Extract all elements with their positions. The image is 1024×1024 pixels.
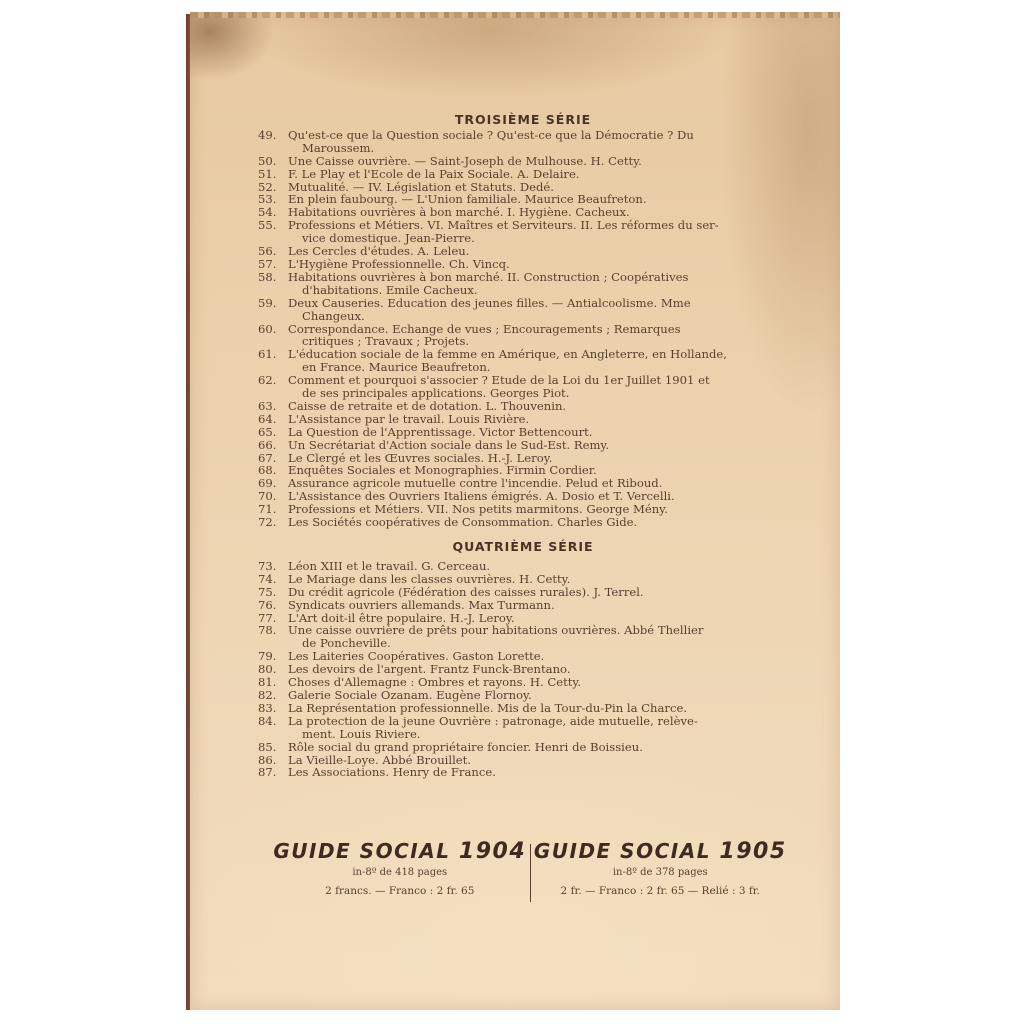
- entry-title: La protection de la jeune Ouvrière : pat…: [288, 714, 698, 728]
- entry-title: Habitations ouvrières à bon marché. II. …: [288, 270, 688, 284]
- entry-title: F. Le Play et l'Ecole de la Paix Sociale…: [288, 167, 580, 181]
- entry-title: Caisse de retraite et de dotation. L. Th…: [288, 399, 566, 413]
- entry-text: Professions et Métiers. VI. Maîtres et S…: [288, 219, 788, 245]
- series-heading-troisieme: TROISIÈME SÉRIE: [258, 114, 788, 127]
- entry-text: Une caisse ouvrière de prêts pour habita…: [288, 624, 788, 650]
- entry-number: 50.: [258, 155, 288, 168]
- entry-text: Les Associations. Henry de France.: [288, 766, 788, 779]
- entry-number: 84.: [258, 715, 288, 741]
- list-item: 87.Les Associations. Henry de France.: [258, 766, 788, 779]
- entry-text: Qu'est-ce que la Question sociale ? Qu'e…: [288, 129, 788, 155]
- entry-title: Un Secrétariat d'Action sociale dans le …: [288, 438, 609, 452]
- entry-title: Les Sociétés coopératives de Consommatio…: [288, 515, 637, 529]
- entry-title: La Vieille-Loye. Abbé Brouillet.: [288, 753, 471, 767]
- entry-title: Professions et Métiers. VII. Nos petits …: [288, 502, 668, 516]
- entry-number: 83.: [258, 702, 288, 715]
- entry-title: L'Art doit-il être populaire. H.-J. Lero…: [288, 611, 515, 625]
- entry-title: Le Mariage dans les classes ouvrières. H…: [288, 572, 570, 586]
- guide-social-1904: GUIDE SOCIAL 1904 in-8º de 418 pages 2 f…: [270, 838, 530, 908]
- entry-number: 59.: [258, 297, 288, 323]
- entry-number: 61.: [258, 348, 288, 374]
- list-item: 84.La protection de la jeune Ouvrière : …: [258, 715, 788, 741]
- series-list-troisieme: 49.Qu'est-ce que la Question sociale ? Q…: [258, 129, 788, 529]
- entry-title: Deux Causeries. Education des jeunes fil…: [288, 296, 691, 310]
- entry-title: L'Assistance par le travail. Louis Riviè…: [288, 412, 529, 426]
- guide-year: 1905: [719, 839, 786, 864]
- guide-title: GUIDE SOCIAL 1905: [531, 838, 791, 865]
- entry-title: Les Laiteries Coopératives. Gaston Loret…: [288, 649, 544, 663]
- entry-number: 57.: [258, 258, 288, 271]
- entry-title: Galerie Sociale Ozanam. Eugène Flornoy.: [288, 688, 532, 702]
- list-item: 55.Professions et Métiers. VI. Maîtres e…: [258, 219, 788, 245]
- entry-number: 78.: [258, 624, 288, 650]
- guide-price: 2 francs. — Franco : 2 fr. 65: [270, 881, 530, 901]
- list-item: 60.Correspondance. Echange de vues ; Enc…: [258, 323, 788, 349]
- entry-text: Habitations ouvrières à bon marché. II. …: [288, 271, 788, 297]
- entry-text: Comment et pourquoi s'associer ? Etude d…: [288, 374, 788, 400]
- entry-title: Les Associations. Henry de France.: [288, 765, 496, 779]
- entry-title: Comment et pourquoi s'associer ? Etude d…: [288, 373, 710, 387]
- entry-title: Habitations ouvrières à bon marché. I. H…: [288, 205, 630, 219]
- entry-text: La protection de la jeune Ouvrière : pat…: [288, 715, 788, 741]
- entry-title: Les Cercles d'études. A. Leleu.: [288, 244, 469, 258]
- entry-number: 55.: [258, 219, 288, 245]
- guide-social-advertisements: GUIDE SOCIAL 1904 in-8º de 418 pages 2 f…: [270, 838, 790, 908]
- entry-number: 58.: [258, 271, 288, 297]
- entry-title: Rôle social du grand propriétaire foncie…: [288, 740, 643, 754]
- scanned-page: TROISIÈME SÉRIE 49.Qu'est-ce que la Ques…: [0, 0, 1024, 1024]
- entry-title: Léon XIII et le travail. G. Cerceau.: [288, 559, 490, 573]
- entry-text: Les Sociétés coopératives de Consommatio…: [288, 516, 788, 529]
- entry-title: Le Clergé et les Œuvres sociales. H.-J. …: [288, 451, 552, 465]
- entry-title: Choses d'Allemagne : Ombres et rayons. H…: [288, 675, 581, 689]
- entry-text: Deux Causeries. Education des jeunes fil…: [288, 297, 788, 323]
- guide-title: GUIDE SOCIAL 1904: [270, 838, 530, 865]
- entry-title: Une caisse ouvrière de prêts pour habita…: [288, 623, 703, 637]
- entry-title: En plein faubourg. — L'Union familiale. …: [288, 192, 647, 206]
- guide-pages: in-8º de 378 pages: [531, 865, 791, 881]
- entry-number: 64.: [258, 413, 288, 426]
- list-item: 62.Comment et pourquoi s'associer ? Etud…: [258, 374, 788, 400]
- entry-title: Syndicats ouvriers allemands. Max Turman…: [288, 598, 555, 612]
- entry-number: 62.: [258, 374, 288, 400]
- publication-list: TROISIÈME SÉRIE 49.Qu'est-ce que la Ques…: [258, 112, 788, 779]
- guide-price: 2 fr. — Franco : 2 fr. 65 — Relié : 3 fr…: [531, 881, 791, 901]
- list-item: 78.Une caisse ouvrière de prêts pour hab…: [258, 624, 788, 650]
- entry-number: 60.: [258, 323, 288, 349]
- entry-number: 87.: [258, 766, 288, 779]
- series-heading-quatrieme: QUATRIÈME SÉRIE: [258, 541, 788, 554]
- entry-title: Du crédit agricole (Fédération des caiss…: [288, 585, 644, 599]
- entry-title: L'Assistance des Ouvriers Italiens émigr…: [288, 489, 675, 503]
- entry-title: La Question de l'Apprentissage. Victor B…: [288, 425, 592, 439]
- entry-title: L'Hygiène Professionnelle. Ch. Vincq.: [288, 257, 510, 271]
- entry-title: Qu'est-ce que la Question sociale ? Qu'e…: [288, 128, 694, 142]
- entry-number: 75.: [258, 586, 288, 599]
- entry-number: 74.: [258, 573, 288, 586]
- list-item: 58.Habitations ouvrières à bon marché. I…: [258, 271, 788, 297]
- entry-title: Correspondance. Echange de vues ; Encour…: [288, 322, 681, 336]
- entry-text: Correspondance. Echange de vues ; Encour…: [288, 323, 788, 349]
- entry-number: 73.: [258, 560, 288, 573]
- entry-title: Une Caisse ouvrière. — Saint-Joseph de M…: [288, 154, 642, 168]
- entry-title: Enquêtes Sociales et Monographies. Firmi…: [288, 463, 597, 477]
- entry-number: 51.: [258, 168, 288, 181]
- entry-number: 82.: [258, 689, 288, 702]
- guide-year: 1904: [459, 839, 526, 864]
- entry-title: L'éducation sociale de la femme en Améri…: [288, 347, 727, 361]
- guide-pages: in-8º de 418 pages: [270, 865, 530, 881]
- list-item: 61.L'éducation sociale de la femme en Am…: [258, 348, 788, 374]
- entry-number: 85.: [258, 741, 288, 754]
- entry-title: Assurance agricole mutuelle contre l'inc…: [288, 476, 662, 490]
- entry-title: Mutualité. — IV. Législation et Statuts.…: [288, 180, 554, 194]
- entry-number: 72.: [258, 516, 288, 529]
- entry-number: 63.: [258, 400, 288, 413]
- entry-text: L'éducation sociale de la femme en Améri…: [288, 348, 788, 374]
- entry-number: 49.: [258, 129, 288, 155]
- entry-number: 66.: [258, 439, 288, 452]
- entry-title: Les devoirs de l'argent. Frantz Funck-Br…: [288, 662, 571, 676]
- guide-social-1905: GUIDE SOCIAL 1905 in-8º de 378 pages 2 f…: [531, 838, 791, 908]
- list-item: 59.Deux Causeries. Education des jeunes …: [258, 297, 788, 323]
- entry-number: 76.: [258, 599, 288, 612]
- entry-number: 65.: [258, 426, 288, 439]
- entry-title: La Représentation professionnelle. Mis d…: [288, 701, 687, 715]
- list-item: 49.Qu'est-ce que la Question sociale ? Q…: [258, 129, 788, 155]
- series-list-quatrieme: 73.Léon XIII et le travail. G. Cerceau.7…: [258, 560, 788, 779]
- list-item: 72.Les Sociétés coopératives de Consomma…: [258, 516, 788, 529]
- entry-title: Professions et Métiers. VI. Maîtres et S…: [288, 218, 719, 232]
